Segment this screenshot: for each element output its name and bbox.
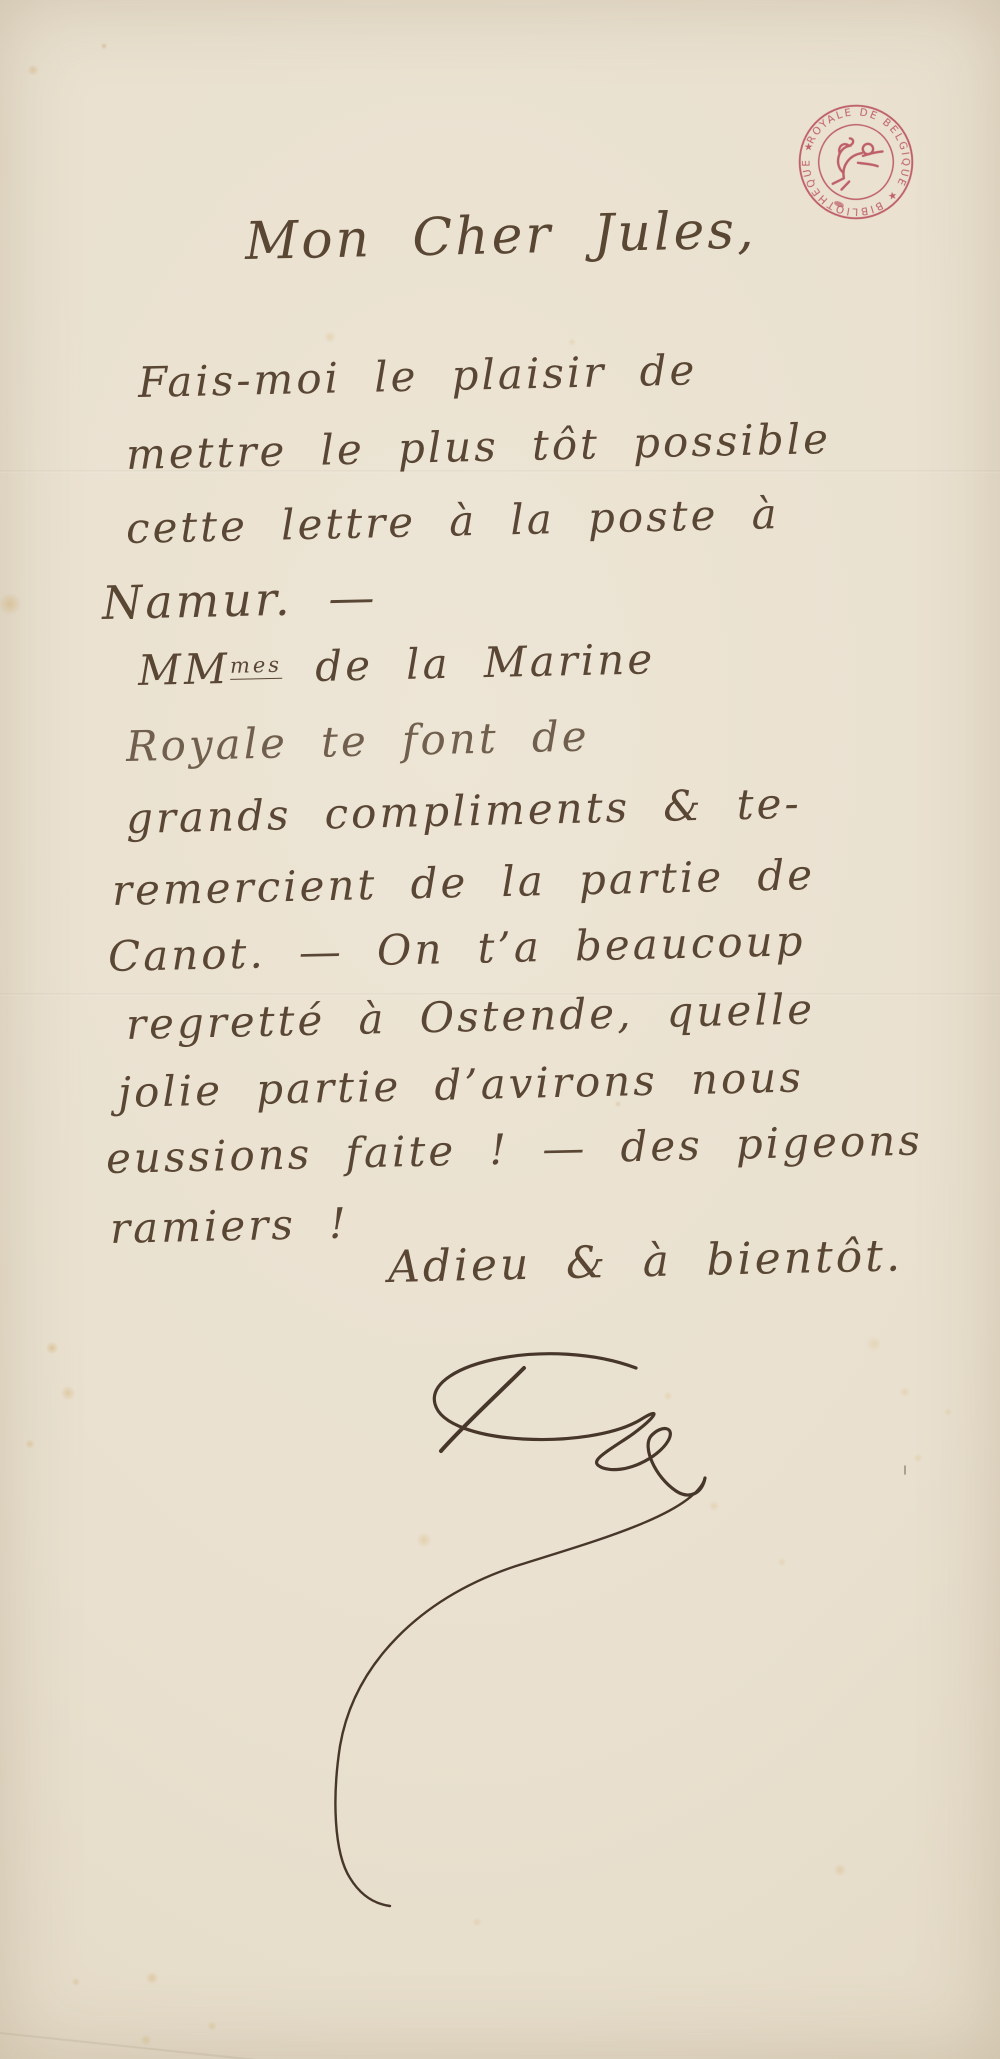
mm-superscript: mes xyxy=(230,652,283,679)
letter-line: ramiers ! xyxy=(109,1201,349,1253)
letter-line: Namur. — xyxy=(101,572,378,629)
belgian-lion-icon xyxy=(825,134,884,199)
letter-line: Royale te font de xyxy=(125,713,590,770)
salutation: Mon Cher Jules, xyxy=(244,202,757,271)
mm-prefix: MM xyxy=(137,644,230,695)
mm-rest: de la Marine xyxy=(282,634,656,691)
